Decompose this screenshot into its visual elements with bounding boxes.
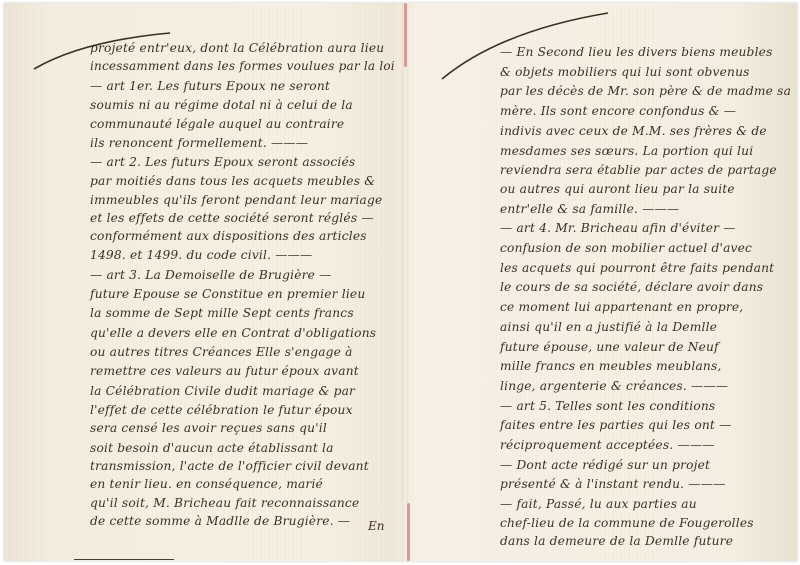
manuscript-line: soumis ni au régime dotal ni à celui de … bbox=[90, 98, 353, 112]
manuscript-line: — art 5. Telles sont les conditions bbox=[500, 399, 715, 413]
manuscript-line: 1498. et 1499. du code civil. ——— bbox=[90, 248, 312, 262]
manuscript-line: le cours de sa société, déclare avoir da… bbox=[500, 280, 763, 294]
manuscript-line: ou autres titres Créances Elle s'engage … bbox=[90, 345, 353, 359]
manuscript-line: ils renoncent formellement. ——— bbox=[90, 136, 308, 150]
manuscript-line: mère. Ils sont encore confondus & — bbox=[500, 104, 736, 118]
right-page: — En Second lieu les divers biens meuble… bbox=[500, 3, 792, 561]
manuscript-line: l'effet de cette célébration le futur ép… bbox=[90, 403, 353, 417]
manuscript-line: — art 2. Les futurs Epoux seront associé… bbox=[90, 155, 355, 169]
manuscript-sheet: projeté entr'eux, dont la Célébration au… bbox=[4, 3, 797, 561]
manuscript-line: immeubles qu'ils feront pendant leur mar… bbox=[90, 193, 382, 207]
manuscript-line: les acquets qui pourront être faits pend… bbox=[500, 261, 774, 275]
manuscript-line: incessamment dans les formes voulues par… bbox=[90, 59, 395, 73]
manuscript-line: communauté légale auquel au contraire bbox=[90, 117, 344, 131]
manuscript-line: ce moment lui appartenant en propre, bbox=[500, 300, 743, 314]
manuscript-line: par moitiés dans tous les acquets meuble… bbox=[90, 174, 375, 188]
manuscript-line: par les décès de Mr. son père & de madme… bbox=[500, 84, 791, 98]
manuscript-line: projeté entr'eux, dont la Célébration au… bbox=[90, 41, 384, 55]
manuscript-line: — art 3. La Demoiselle de Brugière — bbox=[90, 268, 332, 282]
binding-ribbon-bottom bbox=[407, 503, 410, 561]
manuscript-line: réciproquement acceptées. ——— bbox=[500, 438, 715, 452]
manuscript-line: qu'il soit, M. Bricheau fait reconnaissa… bbox=[90, 496, 359, 510]
manuscript-line: chef-lieu de la commune de Fougerolles bbox=[500, 516, 754, 530]
manuscript-line: confusion de son mobilier actuel d'avec bbox=[500, 241, 752, 255]
manuscript-line: et les effets de cette société seront ré… bbox=[90, 211, 374, 225]
manuscript-line: en tenir lieu. en conséquence, marié bbox=[90, 477, 323, 491]
manuscript-line: indivis avec ceux de M.M. ses frères & d… bbox=[500, 124, 767, 138]
manuscript-line: & objets mobiliers qui lui sont obvenus bbox=[500, 65, 750, 79]
manuscript-line: — fait, Passé, lu aux parties au bbox=[500, 497, 697, 511]
manuscript-line: soit besoin d'aucun acte établissant la bbox=[90, 441, 334, 455]
manuscript-line: la somme de Sept mille Sept cents francs bbox=[90, 306, 354, 320]
catchword: En bbox=[368, 519, 385, 533]
manuscript-line: future Epouse se Constitue en premier li… bbox=[90, 287, 365, 301]
manuscript-line: ainsi qu'il en a justifié à la Demlle bbox=[500, 320, 717, 334]
manuscript-line: future épouse, une valeur de Neuf bbox=[500, 340, 719, 354]
manuscript-line: — art 1er. Les futurs Epoux ne seront bbox=[90, 79, 330, 93]
manuscript-line: conformément aux dispositions des articl… bbox=[90, 229, 367, 243]
manuscript-line: sera censé les avoir reçues sans qu'il bbox=[90, 421, 327, 435]
manuscript-line: mesdames ses sœurs. La portion qui lui bbox=[500, 144, 753, 158]
manuscript-line: dans la demeure de la Demlle future bbox=[500, 534, 733, 548]
manuscript-line: — Dont acte rédigé sur un projet bbox=[500, 458, 710, 472]
binding-ribbon-top bbox=[404, 3, 407, 67]
manuscript-line: de cette somme à Madlle de Brugière. — bbox=[90, 514, 350, 528]
closing-rule bbox=[74, 559, 174, 560]
manuscript-line: linge, argenterie & créances. ——— bbox=[500, 379, 728, 393]
manuscript-line: mille francs en meubles meublans, bbox=[500, 359, 722, 373]
manuscript-line: — art 4. Mr. Bricheau afin d'éviter — bbox=[500, 221, 736, 235]
manuscript-line: qu'elle a devers elle en Contrat d'oblig… bbox=[90, 326, 376, 340]
manuscript-line: ou autres qui auront lieu par la suite bbox=[500, 182, 735, 196]
manuscript-line: — En Second lieu les divers biens meuble… bbox=[500, 45, 773, 59]
center-fold bbox=[402, 3, 408, 561]
manuscript-line: reviendra sera établie par actes de part… bbox=[500, 163, 777, 177]
manuscript-line: entr'elle & sa famille. ——— bbox=[500, 202, 679, 216]
manuscript-line: transmission, l'acte de l'officier civil… bbox=[90, 459, 369, 473]
manuscript-line: la Célébration Civile dudit mariage & pa… bbox=[90, 384, 355, 398]
manuscript-line: faites entre les parties qui les ont — bbox=[500, 418, 731, 432]
manuscript-line: présenté & à l'instant rendu. ——— bbox=[500, 477, 726, 491]
manuscript-line: remettre ces valeurs au futur époux avan… bbox=[90, 364, 359, 378]
left-page: projeté entr'eux, dont la Célébration au… bbox=[90, 3, 395, 561]
